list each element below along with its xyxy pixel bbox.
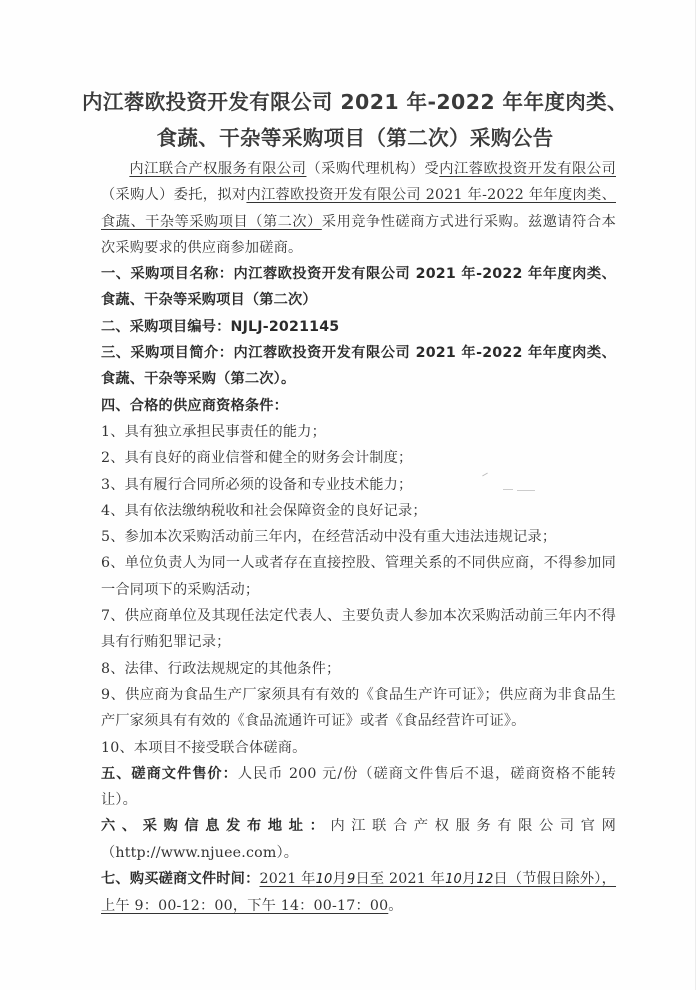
title-line-2: 食蔬、干杂等采购项目（第二次）采购公告 xyxy=(60,120,650,156)
condition-item: 4、具有依法缴纳税收和社会保障资金的良好记录； xyxy=(101,498,616,524)
condition-item: 10、本项目不接受联合体磋商。 xyxy=(101,735,616,761)
condition-item: 7、供应商单位及其现任法定代表人、主要负责人参加本次采购活动前三年内不得具有行贿… xyxy=(101,603,616,656)
section-2-value: NJLJ-2021145 xyxy=(231,319,340,335)
page-edge xyxy=(695,0,696,990)
section-1-label: 一、采购项目名称： xyxy=(101,266,234,282)
month-label: 月 xyxy=(333,871,347,887)
section-purchase-time: 七、购买磋商文件时间：2021 年10月9日至 2021 年10月12日（节假日… xyxy=(101,866,616,920)
condition-item: 2、具有良好的商业信誉和健全的财务会计制度； xyxy=(101,445,616,471)
intro-paragraph: 内江联合产权服务有限公司（采购代理机构）受内江蓉欧投资开发有限公司（采购人）委托… xyxy=(101,156,616,261)
date-connector: 日至 2021 年 xyxy=(355,871,445,887)
document-page: 内江蓉欧投资开发有限公司 2021 年-2022 年年度肉类、 食蔬、干杂等采购… xyxy=(0,0,700,990)
condition-item: 9、供应商为食品生产厂家须具有有效的《食品生产许可证》；供应商为非食品生产厂家须… xyxy=(101,682,616,735)
month-label: 月 xyxy=(462,871,476,887)
section-4-label: 四、合格的供应商资格条件： xyxy=(101,398,288,414)
section-6-label: 六、采购信息发布地址： xyxy=(101,818,330,834)
end-punctuation: 。 xyxy=(388,898,402,914)
condition-item: 6、单位负责人为同一人或者存在直接控股、管理关系的不同供应商，不得参加同一合同项… xyxy=(101,550,616,603)
section-qualifications-heading: 四、合格的供应商资格条件： xyxy=(101,393,616,419)
agency-name: 内江联合产权服务有限公司 xyxy=(129,161,306,177)
title-line-1: 内江蓉欧投资开发有限公司 2021 年-2022 年年度肉类、 xyxy=(60,84,650,120)
condition-item: 1、具有独立承担民事责任的能力； xyxy=(101,419,616,445)
condition-item: 8、法律、行政法规规定的其他条件； xyxy=(101,656,616,682)
handwritten-start-month: 10 xyxy=(316,872,333,887)
document-title: 内江蓉欧投资开发有限公司 2021 年-2022 年年度肉类、 食蔬、干杂等采购… xyxy=(60,84,650,156)
purchaser-role: （采购人）委托，拟对 xyxy=(101,187,246,203)
scan-mark xyxy=(503,489,513,490)
section-project-summary: 三、采购项目简介：内江蓉欧投资开发有限公司 2021 年-2022 年年度肉类、… xyxy=(101,340,616,393)
section-project-name: 一、采购项目名称：内江蓉欧投资开发有限公司 2021 年-2022 年年度肉类、… xyxy=(101,261,616,314)
condition-item: 5、参加本次采购活动前三年内，在经营活动中没有重大违法违规记录； xyxy=(101,524,616,550)
start-year: 2021 年 xyxy=(260,871,316,887)
section-7-label: 七、购买磋商文件时间： xyxy=(101,871,260,887)
purchaser-name: 内江蓉欧投资开发有限公司 xyxy=(439,161,616,177)
handwritten-end-day: 12 xyxy=(476,872,493,887)
agency-role: （采购代理机构）受 xyxy=(306,161,439,177)
section-document-price: 五、磋商文件售价：人民币 200 元/份（磋商文件售后不退，磋商资格不能转让）。 xyxy=(101,761,616,814)
handwritten-end-month: 10 xyxy=(445,872,462,887)
section-2-label: 二、采购项目编号： xyxy=(101,319,231,335)
section-publish-address: 六、采购信息发布地址：内江联合产权服务有限公司官网（http://www.nju… xyxy=(101,813,616,866)
section-project-number: 二、采购项目编号：NJLJ-2021145 xyxy=(101,314,616,340)
condition-item: 3、具有履行合同所必须的设备和专业技术能力； xyxy=(101,472,616,498)
document-body: 内江联合产权服务有限公司（采购代理机构）受内江蓉欧投资开发有限公司（采购人）委托… xyxy=(101,156,616,920)
scan-mark xyxy=(517,490,535,491)
section-5-label: 五、磋商文件售价： xyxy=(101,766,238,782)
section-3-label: 三、采购项目简介： xyxy=(101,345,234,361)
